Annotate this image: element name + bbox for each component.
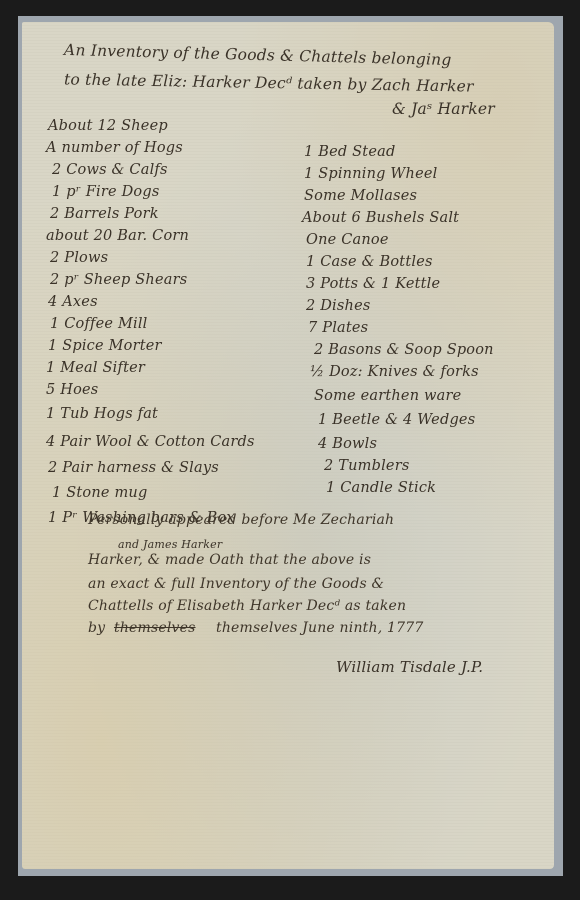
- list-item: 3 Potts & 1 Kettle: [306, 276, 440, 292]
- list-item: 4 Axes: [48, 294, 98, 310]
- list-item: 1 Case & Bottles: [306, 254, 433, 270]
- list-item: About 12 Sheep: [48, 118, 168, 134]
- list-item: 1 Spice Morter: [48, 338, 162, 354]
- list-item: 4 Bowls: [318, 436, 377, 452]
- list-item: 1 Tub Hogs fat: [46, 406, 158, 422]
- list-item: 1 Bed Stead: [304, 144, 395, 160]
- list-item: 1 Meal Sifter: [46, 360, 145, 376]
- list-item: 1 Beetle & 4 Wedges: [318, 412, 475, 428]
- oath-line-2: Harker, & made Oath that the above is: [88, 552, 371, 568]
- list-item: ½ Doz: Knives & forks: [310, 364, 479, 380]
- list-item: 2 Tumblers: [324, 458, 409, 474]
- inventory-title-line-3: & Jaˢ Harker: [392, 100, 495, 118]
- list-item: 5 Hoes: [46, 382, 98, 398]
- list-item: 1 pʳ Fire Dogs: [52, 184, 159, 200]
- oath-line-3: an exact & full Inventory of the Goods &: [88, 576, 384, 592]
- justice-signature: William Tisdale J.P.: [336, 658, 483, 676]
- list-item: Some earthen ware: [314, 388, 461, 404]
- list-item: about 20 Bar. Corn: [46, 228, 189, 244]
- list-item: 1 Spinning Wheel: [304, 166, 437, 182]
- list-item: A number of Hogs: [46, 140, 183, 156]
- oath-line-1: Personally appeared before Me Zechariah: [88, 512, 394, 528]
- list-item: 1 Stone mug: [52, 485, 147, 501]
- list-item: 2 Plows: [50, 250, 108, 266]
- oath-line-5-prefix: by: [88, 620, 105, 636]
- list-item: 7 Plates: [308, 320, 368, 336]
- list-item: 2 Basons & Soop Spoon: [314, 342, 494, 358]
- list-item: 2 pʳ Sheep Shears: [50, 272, 187, 288]
- oath-line-5-rest: themselves June ninth, 1777: [216, 620, 423, 636]
- list-item: 4 Pair Wool & Cotton Cards: [46, 434, 255, 450]
- list-item: 2 Cows & Calfs: [52, 162, 168, 178]
- list-item: 1 Candle Stick: [326, 480, 436, 496]
- list-item: 2 Pair harness & Slays: [48, 460, 219, 476]
- list-item: Some Mollases: [304, 188, 417, 204]
- list-item: One Canoe: [306, 232, 389, 248]
- list-item: About 6 Bushels Salt: [302, 210, 459, 226]
- oath-line-4: Chattells of Elisabeth Harker Decᵈ as ta…: [88, 598, 406, 614]
- list-item: 2 Dishes: [306, 298, 371, 314]
- list-item: 1 Coffee Mill: [50, 316, 148, 332]
- oath-insertion: and James Harker: [118, 538, 222, 551]
- list-item: 2 Barrels Pork: [50, 206, 159, 222]
- oath-struck-word: themselves: [114, 620, 196, 636]
